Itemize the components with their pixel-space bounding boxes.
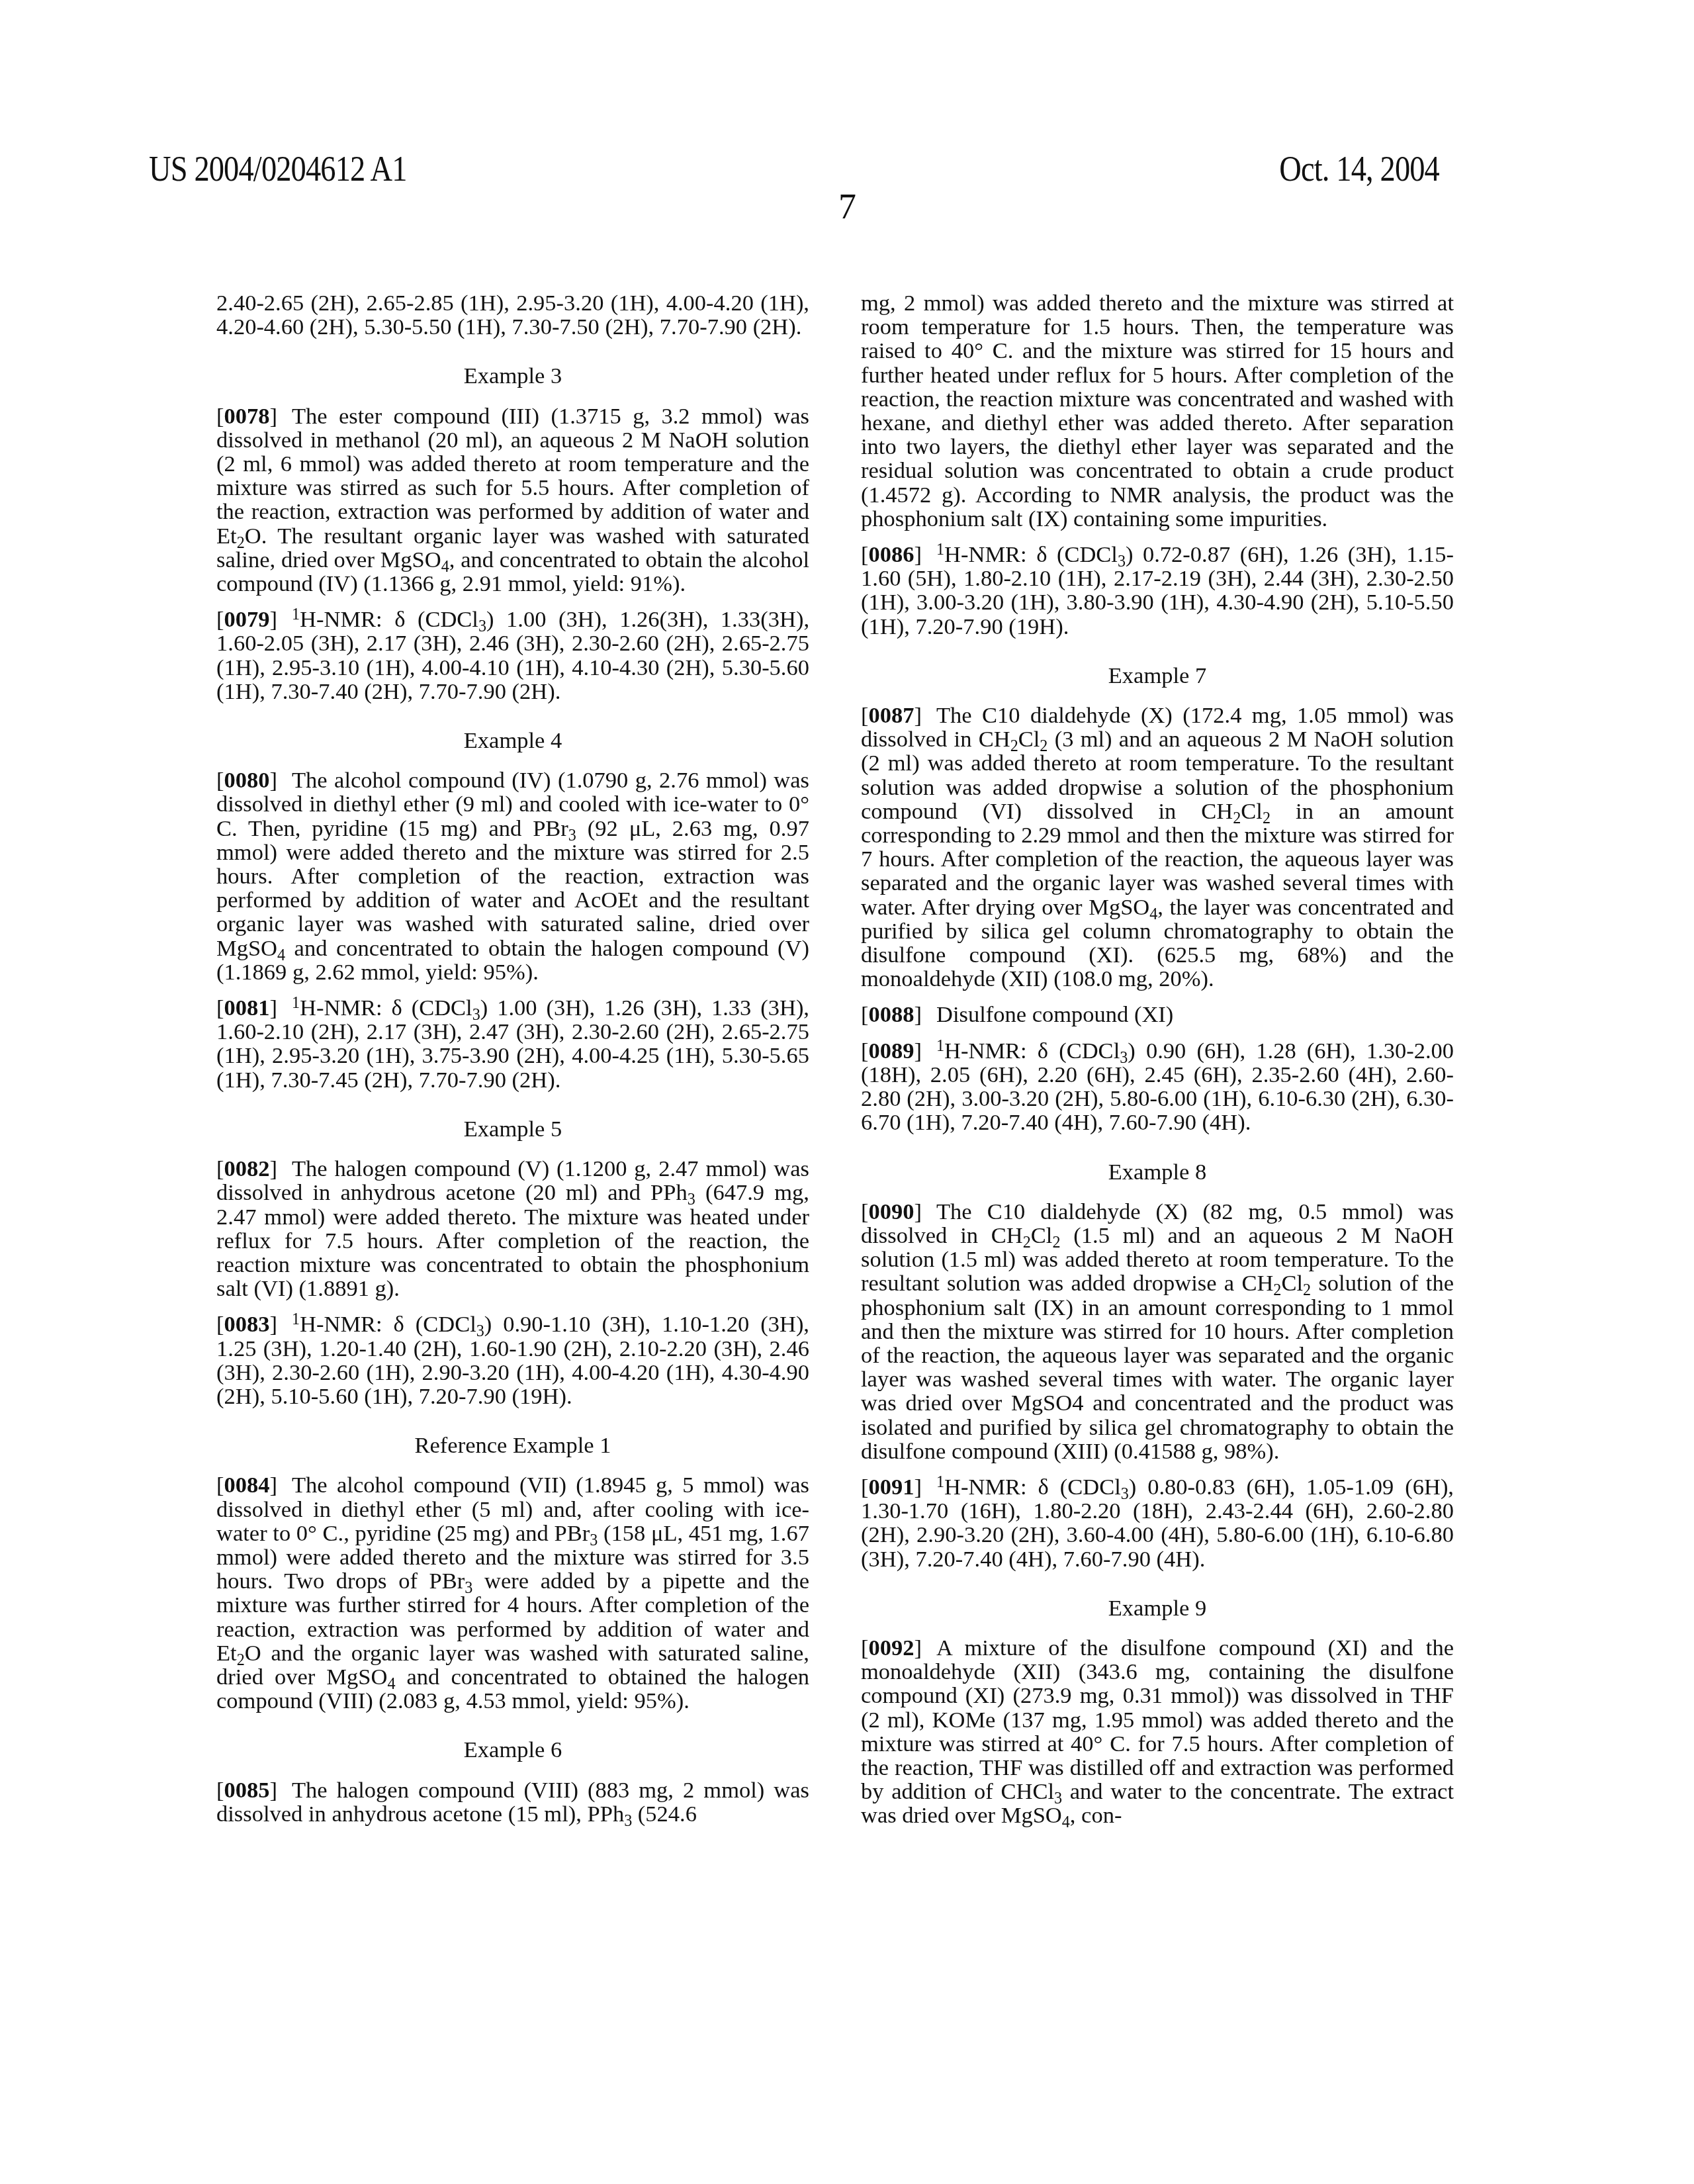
- paragraph-number: [0081]: [216, 995, 277, 1021]
- paragraph-0079: [0079]1H-NMR: δ (CDCl3) 1.00 (3H), 1.26(…: [216, 608, 809, 704]
- paragraph-0085-continuation: mg, 2 mmol) was added thereto and the mi…: [861, 291, 1454, 531]
- paragraph-number: [0087]: [861, 703, 922, 728]
- paragraph-number: [0084]: [216, 1473, 277, 1498]
- paragraph-number: [0092]: [861, 1635, 922, 1661]
- section-heading-reference-example-1: Reference Example 1: [216, 1433, 809, 1457]
- paragraph-0083: [0083]1H-NMR: δ (CDCl3) 0.90-1.10 (3H), …: [216, 1312, 809, 1408]
- publication-date: Oct. 14, 2004: [1279, 149, 1439, 189]
- paragraph-0092: [0092]A mixture of the disulfone compoun…: [861, 1636, 1454, 1828]
- paragraph-number: [0085]: [216, 1778, 277, 1803]
- paragraph-0086: [0086]1H-NMR: δ (CDCl3) 0.72-0.87 (6H), …: [861, 543, 1454, 639]
- paragraph-0078: [0078]The ester compound (III) (1.3715 g…: [216, 404, 809, 596]
- paragraph-number: [0088]: [861, 1002, 922, 1027]
- paragraph-number: [0080]: [216, 768, 277, 793]
- paragraph-number: [0078]: [216, 404, 277, 429]
- section-heading-example-4: Example 4: [216, 729, 809, 752]
- paragraph-0091: [0091]1H-NMR: δ (CDCl3) 0.80-0.83 (6H), …: [861, 1475, 1454, 1571]
- section-heading-example-8: Example 8: [861, 1160, 1454, 1184]
- section-heading-example-7: Example 7: [861, 664, 1454, 688]
- page-number: 7: [0, 187, 1694, 226]
- paragraph-0082: [0082]The halogen compound (V) (1.1200 g…: [216, 1157, 809, 1300]
- paragraph-number: [0079]: [216, 607, 277, 632]
- publication-number: US 2004/0204612 A1: [149, 149, 407, 189]
- paragraph-0085: [0085]The halogen compound (VIII) (883 m…: [216, 1778, 809, 1826]
- paragraph-0087: [0087]The C10 dialdehyde (X) (172.4 mg, …: [861, 704, 1454, 991]
- paragraph-number: [0086]: [861, 542, 922, 567]
- paragraph-number: [0083]: [216, 1312, 277, 1337]
- paragraph-0088: [0088]Disulfone compound (XI): [861, 1003, 1454, 1026]
- paragraph-0080: [0080]The alcohol compound (IV) (1.0790 …: [216, 768, 809, 984]
- paragraph-number: [0090]: [861, 1199, 922, 1224]
- paragraph-0089: [0089]1H-NMR: δ (CDCl3) 0.90 (6H), 1.28 …: [861, 1039, 1454, 1135]
- paragraph-number: [0089]: [861, 1038, 922, 1064]
- section-heading-example-9: Example 9: [861, 1596, 1454, 1620]
- right-column: mg, 2 mmol) was added thereto and the mi…: [861, 291, 1454, 1840]
- paragraph-0081: [0081]1H-NMR: δ (CDCl3) 1.00 (3H), 1.26 …: [216, 996, 809, 1092]
- section-heading-example-6: Example 6: [216, 1738, 809, 1762]
- section-heading-example-5: Example 5: [216, 1117, 809, 1141]
- nmr-continuation: 2.40-2.65 (2H), 2.65-2.85 (1H), 2.95-3.2…: [216, 291, 809, 339]
- paragraph-number: [0091]: [861, 1475, 922, 1500]
- paragraph-0084: [0084]The alcohol compound (VII) (1.8945…: [216, 1473, 809, 1713]
- left-column: 2.40-2.65 (2H), 2.65-2.85 (1H), 2.95-3.2…: [216, 291, 809, 1838]
- section-heading-example-3: Example 3: [216, 364, 809, 388]
- paragraph-0090: [0090]The C10 dialdehyde (X) (82 mg, 0.5…: [861, 1200, 1454, 1463]
- paragraph-number: [0082]: [216, 1156, 277, 1181]
